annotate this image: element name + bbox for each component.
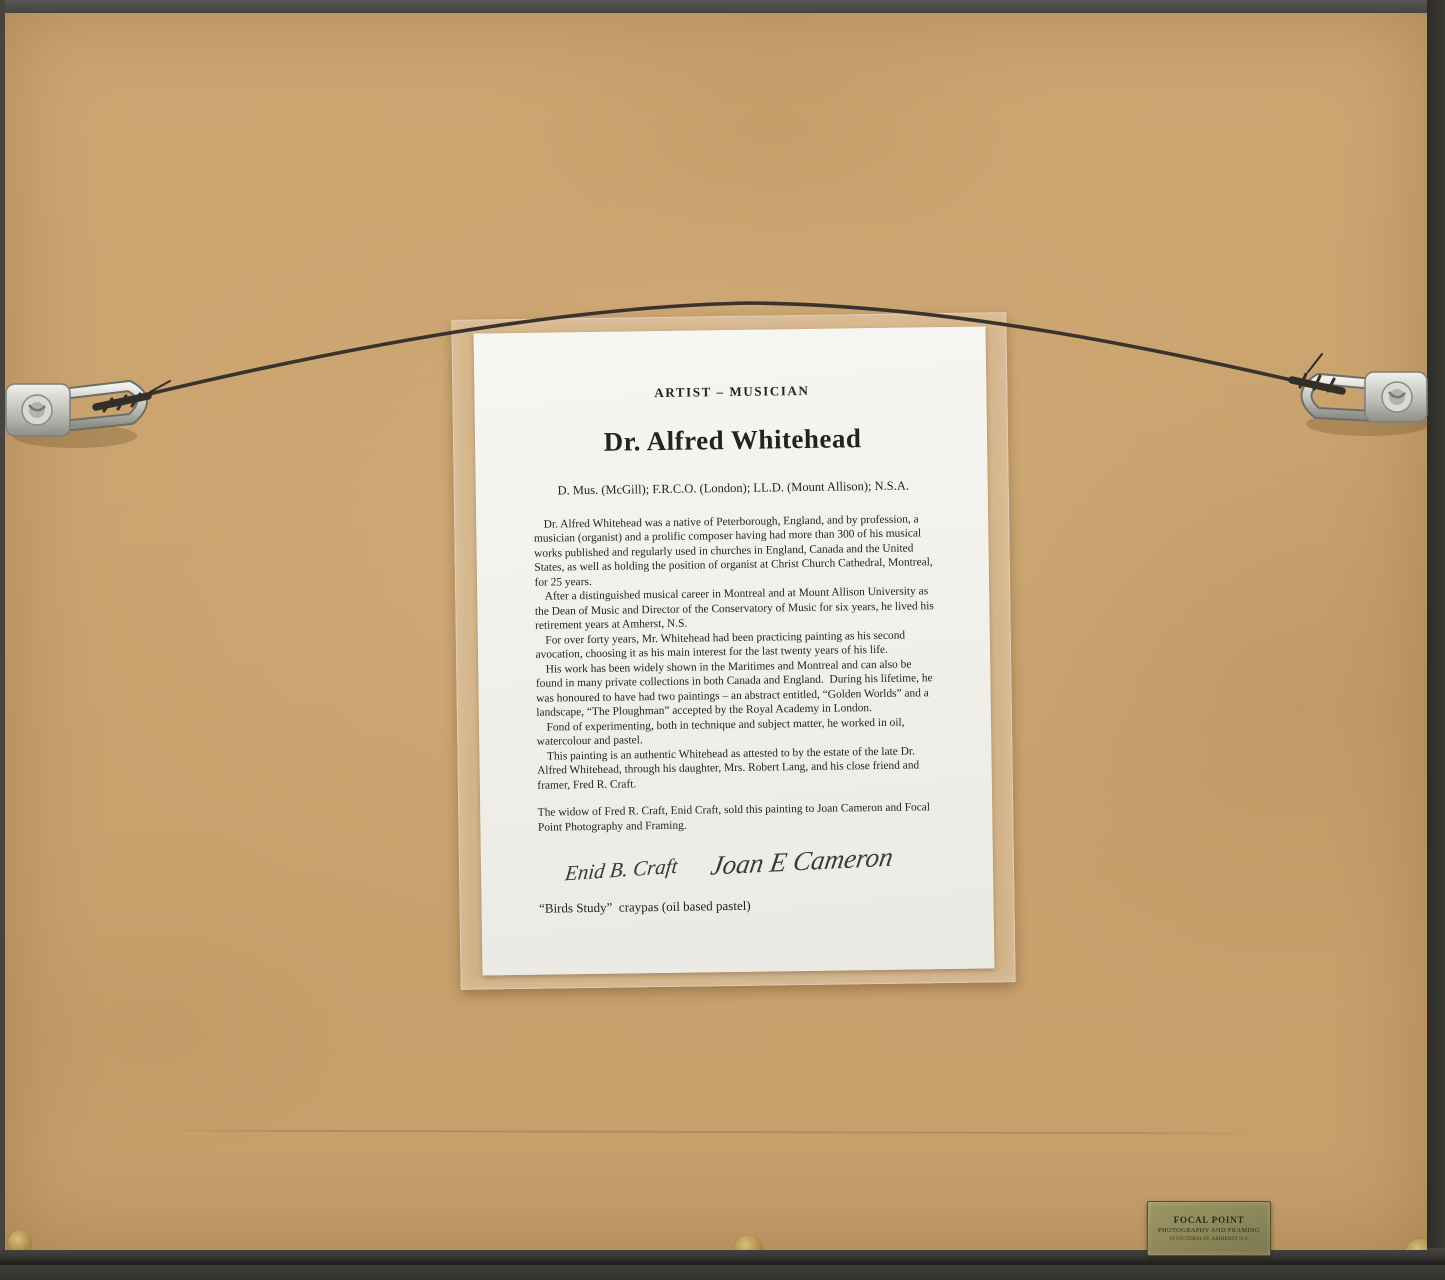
plaque-business-type: PHOTOGRAPHY AND FRAMING bbox=[1148, 1227, 1270, 1234]
document-paragraph: Dr. Alfred Whitehead was a native of Pet… bbox=[534, 512, 935, 590]
frame-edge-right bbox=[1427, 0, 1445, 1280]
signature-block: Enid B. Craft Joan E Cameron bbox=[538, 844, 938, 884]
document-body: Dr. Alfred Whitehead was a native of Pet… bbox=[534, 512, 938, 835]
signature-joan-cameron: Joan E Cameron bbox=[709, 842, 896, 882]
signature-enid-craft: Enid B. Craft bbox=[563, 854, 678, 887]
frame-edge-top bbox=[0, 0, 1445, 13]
plaque-address: 19 VICTORIA ST. AMHERST N.S. bbox=[1148, 1236, 1270, 1242]
brass-fastener bbox=[734, 1235, 762, 1250]
framed-artwork-back-photo: ARTIST – MUSICIAN Dr. Alfred Whitehead D… bbox=[0, 0, 1445, 1280]
backing-crease bbox=[155, 1130, 1265, 1135]
document-paragraph: His work has been widely shown in the Ma… bbox=[536, 657, 937, 721]
artwork-caption: “Birds Study” craypas (oil based pastel) bbox=[539, 895, 939, 917]
framer-plaque: FOCAL POINT PHOTOGRAPHY AND FRAMING 19 V… bbox=[1147, 1201, 1271, 1256]
document-heading: ARTIST – MUSICIAN bbox=[532, 381, 932, 403]
brass-fastener bbox=[8, 1230, 31, 1250]
plastic-sleeve: ARTIST – MUSICIAN Dr. Alfred Whitehead D… bbox=[451, 312, 1015, 990]
document-credentials: D. Mus. (McGill); F.R.C.O. (London); LL.… bbox=[533, 478, 933, 499]
provenance-document: ARTIST – MUSICIAN Dr. Alfred Whitehead D… bbox=[473, 326, 994, 975]
document-paragraph: After a distinguished musical career in … bbox=[535, 585, 936, 634]
brass-fastener bbox=[1405, 1239, 1427, 1250]
plaque-business-name: FOCAL POINT bbox=[1148, 1215, 1270, 1225]
document-title: Dr. Alfred Whitehead bbox=[532, 422, 932, 459]
document-closing: The widow of Fred R. Craft, Enid Craft, … bbox=[538, 800, 938, 835]
document-paragraph: This painting is an authentic Whitehead … bbox=[537, 744, 938, 793]
